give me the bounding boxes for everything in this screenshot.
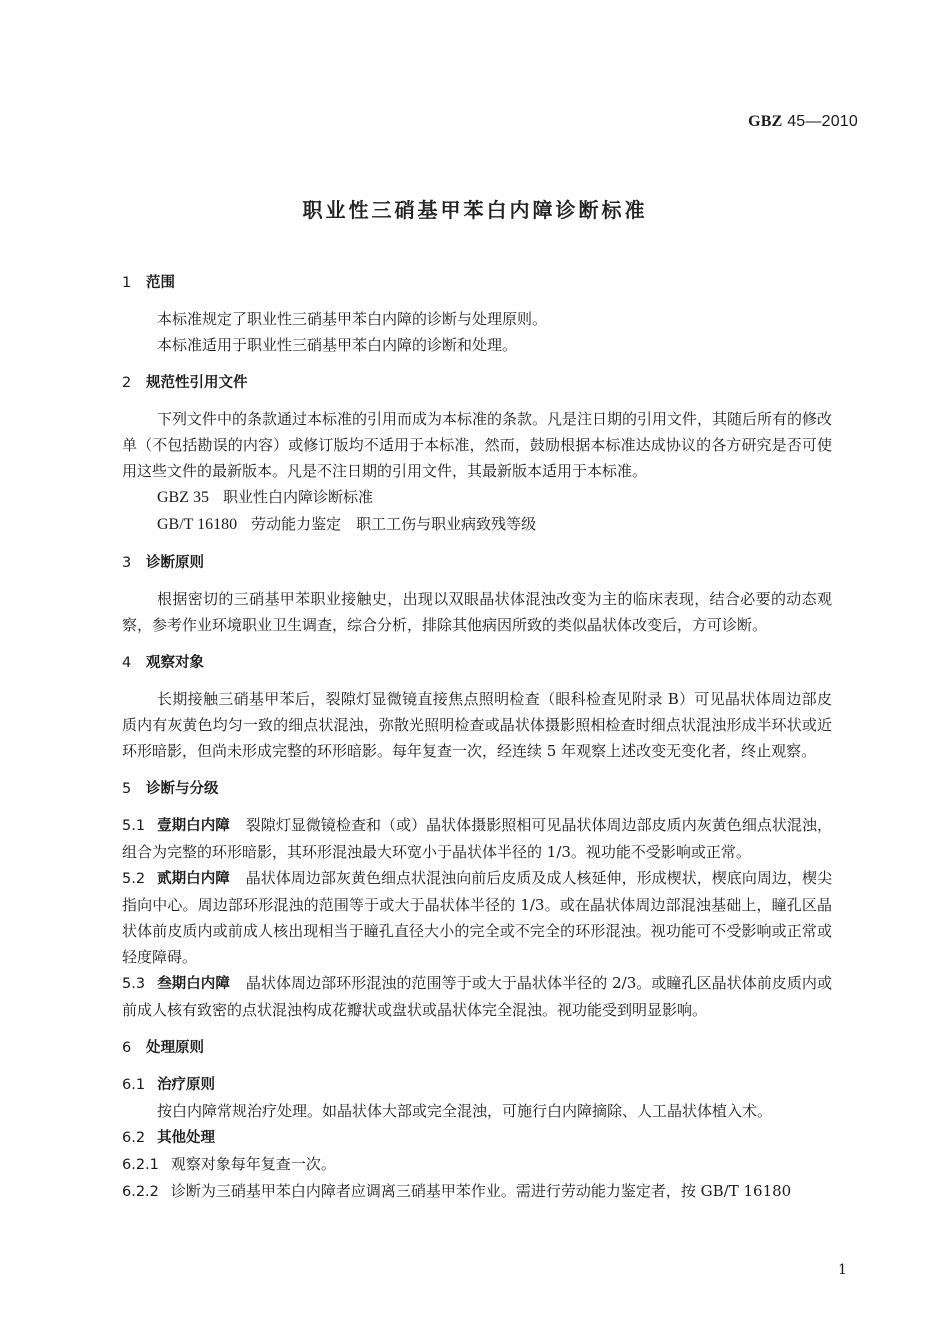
clause-number: 5.3 [122, 971, 145, 997]
section-heading: 1范围 [122, 270, 832, 296]
section-diagnosis-grading: 5诊断与分级 5.1壹期白内障裂隙灯显微镜检查和（或）晶状体摄影照相可见晶状体周… [122, 776, 832, 1023]
item-text: 观察对象每年复查一次。 [171, 1155, 336, 1173]
section-scope: 1范围 本标准规定了职业性三硝基甲苯白内障的诊断与处理原则。 本标准适用于职业性… [122, 270, 832, 358]
paragraph: 根据密切的三硝基甲苯职业接触史，出现以双眼晶状体混浊改变为主的临床表现，结合必要… [122, 586, 832, 638]
section-number: 2 [122, 370, 146, 396]
sub-item: 6.2.2诊断为三硝基甲苯白内障者应调离三硝基甲苯作业。需进行劳动能力鉴定者，按… [122, 1178, 832, 1205]
paragraph: 按白内障常规治疗处理。如晶状体大部或完全混浊，可施行白内障摘除、人工晶状体植入术… [122, 1098, 832, 1124]
subsection-name: 其他处理 [157, 1130, 215, 1146]
clause-number: 5.1 [122, 813, 145, 839]
clause-stage-3: 5.3叁期白内障晶状体周边部环形混浊的范围等于或大于晶状体半径的 2/3。或瞳孔… [122, 970, 832, 1023]
section-normative-references: 2规范性引用文件 下列文件中的条款通过本标准的引用而成为本标准的条款。凡是注日期… [122, 370, 832, 538]
document-title: 职业性三硝基甲苯白内障诊断标准 [0, 194, 950, 223]
clause-name: 叁期白内障 [157, 976, 230, 992]
section-title: 范围 [146, 275, 175, 291]
page-number: 1 [838, 1262, 847, 1278]
section-treatment-principle: 6处理原则 6.1治疗原则 按白内障常规治疗处理。如晶状体大部或完全混浊，可施行… [122, 1035, 832, 1205]
section-diagnosis-principle: 3诊断原则 根据密切的三硝基甲苯职业接触史，出现以双眼晶状体混浊改变为主的临床表… [122, 550, 832, 638]
section-number: 4 [122, 650, 146, 676]
clause-stage-1: 5.1壹期白内障裂隙灯显微镜检查和（或）晶状体摄影照相可见晶状体周边部皮质内灰黄… [122, 812, 832, 865]
section-heading: 3诊断原则 [122, 550, 832, 576]
section-title: 观察对象 [146, 655, 204, 671]
sub-item: 6.2.1观察对象每年复查一次。 [122, 1151, 832, 1178]
section-number: 3 [122, 550, 146, 576]
subsection-heading: 6.2其他处理 [122, 1124, 832, 1151]
section-title: 诊断与分级 [146, 781, 219, 797]
subsection-name: 治疗原则 [157, 1077, 215, 1093]
reference-title: 职业性白内障诊断标准 [223, 488, 373, 506]
clause-stage-2: 5.2贰期白内障晶状体周边部灰黄色细点状混浊向前后皮质及成人核延伸，形成楔状，楔… [122, 865, 832, 970]
subsection-heading: 6.1治疗原则 [122, 1071, 832, 1098]
document-body: 1范围 本标准规定了职业性三硝基甲苯白内障的诊断与处理原则。 本标准适用于职业性… [122, 270, 832, 1205]
clause-number: 5.2 [122, 866, 145, 892]
standard-prefix: GBZ [748, 113, 782, 130]
section-title: 诊断原则 [146, 555, 204, 571]
standard-code: GBZ 45—2010 [748, 113, 858, 131]
paragraph: 下列文件中的条款通过本标准的引用而成为本标准的条款。凡是注日期的引用文件，其随后… [122, 406, 832, 484]
section-heading: 6处理原则 [122, 1035, 832, 1061]
reference-code: GBZ 35 [157, 485, 209, 511]
clause-name: 壹期白内障 [157, 818, 230, 834]
subsection-number: 6.1 [122, 1072, 145, 1098]
paragraph: 本标准适用于职业性三硝基甲苯白内障的诊断和处理。 [122, 332, 832, 358]
reference-item: GB/T 16180劳动能力鉴定 职工工伤与职业病致残等级 [122, 511, 832, 538]
subsection-number: 6.2 [122, 1125, 145, 1151]
paragraph: 本标准规定了职业性三硝基甲苯白内障的诊断与处理原则。 [122, 306, 832, 332]
paragraph: 长期接触三硝基甲苯后，裂隙灯显微镜直接焦点照明检查（眼科检查见附录 B）可见晶状… [122, 686, 832, 764]
section-heading: 4观察对象 [122, 650, 832, 676]
item-text: 诊断为三硝基甲苯白内障者应调离三硝基甲苯作业。需进行劳动能力鉴定者，按 GB/T… [171, 1182, 791, 1200]
standard-number: 45—2010 [787, 113, 858, 130]
section-number: 5 [122, 776, 146, 802]
reference-title: 劳动能力鉴定 职工工伤与职业病致残等级 [251, 515, 536, 533]
document-page: GBZ 45—2010 职业性三硝基甲苯白内障诊断标准 1范围 本标准规定了职业… [0, 0, 950, 1343]
section-number: 6 [122, 1035, 146, 1061]
reference-code: GB/T 16180 [157, 512, 237, 538]
section-number: 1 [122, 270, 146, 296]
clause-name: 贰期白内障 [157, 871, 230, 887]
section-heading: 5诊断与分级 [122, 776, 832, 802]
section-heading: 2规范性引用文件 [122, 370, 832, 396]
item-number: 6.2.1 [122, 1152, 159, 1178]
section-title: 规范性引用文件 [146, 375, 248, 391]
section-title: 处理原则 [146, 1040, 204, 1056]
reference-item: GBZ 35职业性白内障诊断标准 [122, 484, 832, 511]
item-number: 6.2.2 [122, 1179, 159, 1205]
section-observation-subjects: 4观察对象 长期接触三硝基甲苯后，裂隙灯显微镜直接焦点照明检查（眼科检查见附录 … [122, 650, 832, 764]
